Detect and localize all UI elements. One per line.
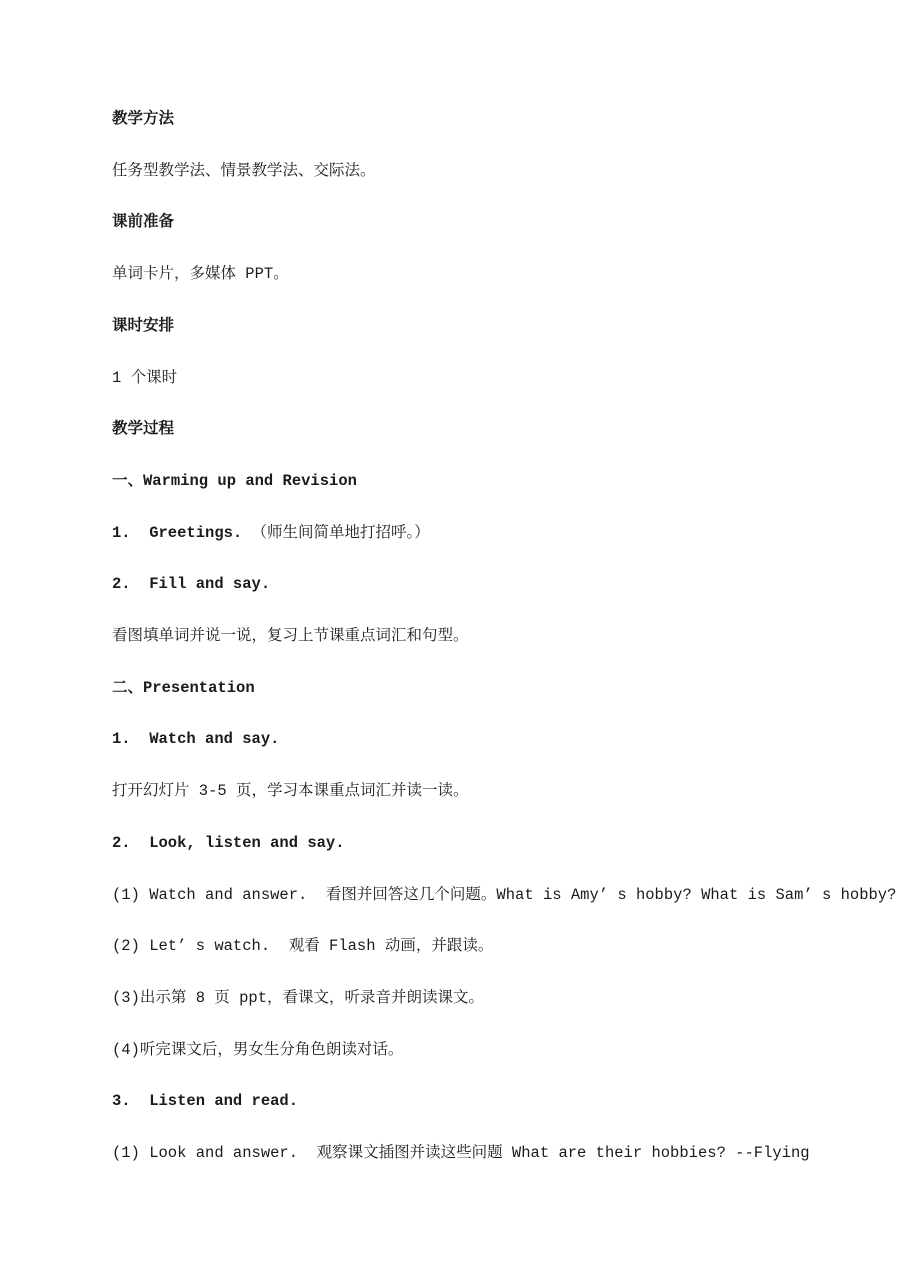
text-run-bold: 一、Warming up and Revision xyxy=(112,472,357,490)
text-run-bold: 教学过程 xyxy=(112,420,174,438)
text-run: (4)听完课文后，男女生分角色朗读对话。 xyxy=(112,1041,403,1059)
text-run-bold: 二、Presentation xyxy=(112,679,255,697)
text-run-bold: 教学方法 xyxy=(112,110,174,128)
text-run: (1) Watch and answer. 看图并回答这几个问题。What is… xyxy=(112,886,896,904)
paragraph-heading: 一、Warming up and Revision xyxy=(112,456,902,508)
paragraph-heading: 1. Watch and say. xyxy=(112,714,902,766)
paragraph-heading: 2. Look, listen and say. xyxy=(112,818,902,870)
text-run: 看图填单词并说一说，复习上节课重点词汇和句型。 xyxy=(112,627,469,645)
paragraph-heading: 课时安排 xyxy=(112,301,902,353)
paragraph: 看图填单词并说一说，复习上节课重点词汇和句型。 xyxy=(112,611,902,663)
paragraph-heading: 二、Presentation xyxy=(112,663,902,715)
paragraph: 打开幻灯片 3-5 页，学习本课重点词汇并读一读。 xyxy=(112,766,902,818)
document-body: 教学方法任务型教学法、情景教学法、交际法。课前准备单词卡片，多媒体 PPT。课时… xyxy=(112,94,902,1180)
text-run-bold: 3. Listen and read. xyxy=(112,1092,298,1110)
text-run-bold: 2. Fill and say. xyxy=(112,575,270,593)
text-run: (3)出示第 8 页 ppt，看课文，听录音并朗读课文。 xyxy=(112,989,484,1007)
paragraph-heading: 3. Listen and read. xyxy=(112,1076,902,1128)
text-run-bold: 课前准备 xyxy=(112,213,174,231)
text-run: 1 个课时 xyxy=(112,369,177,387)
text-run-bold: 1. Watch and say. xyxy=(112,730,279,748)
text-run-bold: 2. Look, listen and say. xyxy=(112,834,345,852)
paragraph: 任务型教学法、情景教学法、交际法。 xyxy=(112,146,902,198)
document-page: 教学方法任务型教学法、情景教学法、交际法。课前准备单词卡片，多媒体 PPT。课时… xyxy=(0,0,920,1275)
paragraph: (4)听完课文后，男女生分角色朗读对话。 xyxy=(112,1025,902,1077)
text-run: 任务型教学法、情景教学法、交际法。 xyxy=(112,162,376,180)
text-run: (2) Let’ s watch. 观看 Flash 动画，并跟读。 xyxy=(112,937,493,955)
paragraph-heading: 2. Fill and say. xyxy=(112,559,902,611)
paragraph: (1) Watch and answer. 看图并回答这几个问题。What is… xyxy=(112,870,902,922)
paragraph-heading: 教学方法 xyxy=(112,94,902,146)
text-run: 打开幻灯片 3-5 页，学习本课重点词汇并读一读。 xyxy=(112,782,469,800)
text-run: （师生间简单地打招呼。） xyxy=(252,524,430,542)
paragraph: (3)出示第 8 页 ppt，看课文，听录音并朗读课文。 xyxy=(112,973,902,1025)
paragraph: (1) Look and answer. 观察课文插图并读这些问题 What a… xyxy=(112,1128,902,1180)
paragraph: 1 个课时 xyxy=(112,353,902,405)
paragraph-heading: 课前准备 xyxy=(112,197,902,249)
paragraph: 1. Greetings. （师生间简单地打招呼。） xyxy=(112,508,902,560)
paragraph: 单词卡片，多媒体 PPT。 xyxy=(112,249,902,301)
paragraph: (2) Let’ s watch. 观看 Flash 动画，并跟读。 xyxy=(112,921,902,973)
text-run: (1) Look and answer. 观察课文插图并读这些问题 What a… xyxy=(112,1144,810,1162)
text-run-bold: 1. Greetings. xyxy=(112,524,252,542)
text-run-bold: 课时安排 xyxy=(112,317,174,335)
paragraph-heading: 教学过程 xyxy=(112,404,902,456)
text-run: 单词卡片，多媒体 PPT。 xyxy=(112,265,289,283)
